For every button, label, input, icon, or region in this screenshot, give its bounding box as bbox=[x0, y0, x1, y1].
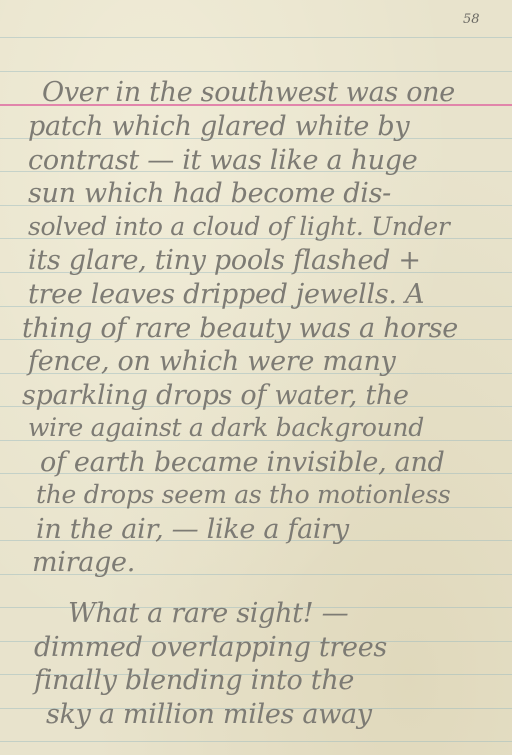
handwritten-line: of earth became invisible, and bbox=[40, 449, 445, 476]
handwritten-line: Over in the southwest was one bbox=[42, 79, 455, 106]
handwritten-line: sparkling drops of water, the bbox=[22, 382, 409, 409]
handwritten-line: thing of rare beauty was a horse bbox=[22, 315, 458, 342]
handwritten-line: sun which had become dis- bbox=[28, 180, 391, 207]
handwritten-line: the drops seem as tho motionless bbox=[36, 482, 450, 507]
handwritten-line: finally blending into the bbox=[34, 667, 354, 694]
handwritten-line: patch which glared white by bbox=[28, 113, 409, 140]
handwritten-line: fence, on which were many bbox=[28, 348, 395, 375]
handwritten-line: its glare, tiny pools flashed + bbox=[28, 247, 421, 274]
handwritten-line: mirage. bbox=[32, 549, 135, 576]
handwritten-line: contrast — it was like a huge bbox=[28, 147, 417, 174]
handwritten-line: sky a million miles away bbox=[46, 701, 372, 728]
ruled-line bbox=[0, 37, 512, 38]
handwritten-line: solved into a cloud of light. Under bbox=[28, 214, 450, 239]
ruled-line bbox=[0, 741, 512, 742]
handwritten-line: wire against a dark background bbox=[28, 415, 424, 440]
ruled-line bbox=[0, 71, 512, 72]
page-number: 58 bbox=[463, 12, 480, 27]
handwritten-line: What a rare sight! — bbox=[68, 600, 348, 627]
notebook-page: 58 Over in the southwest was one patch w… bbox=[0, 0, 512, 755]
handwritten-line: in the air, — like a fairy bbox=[36, 516, 349, 543]
handwritten-line: tree leaves dripped jewells. A bbox=[28, 281, 424, 308]
handwritten-line: dimmed overlapping trees bbox=[34, 634, 387, 661]
